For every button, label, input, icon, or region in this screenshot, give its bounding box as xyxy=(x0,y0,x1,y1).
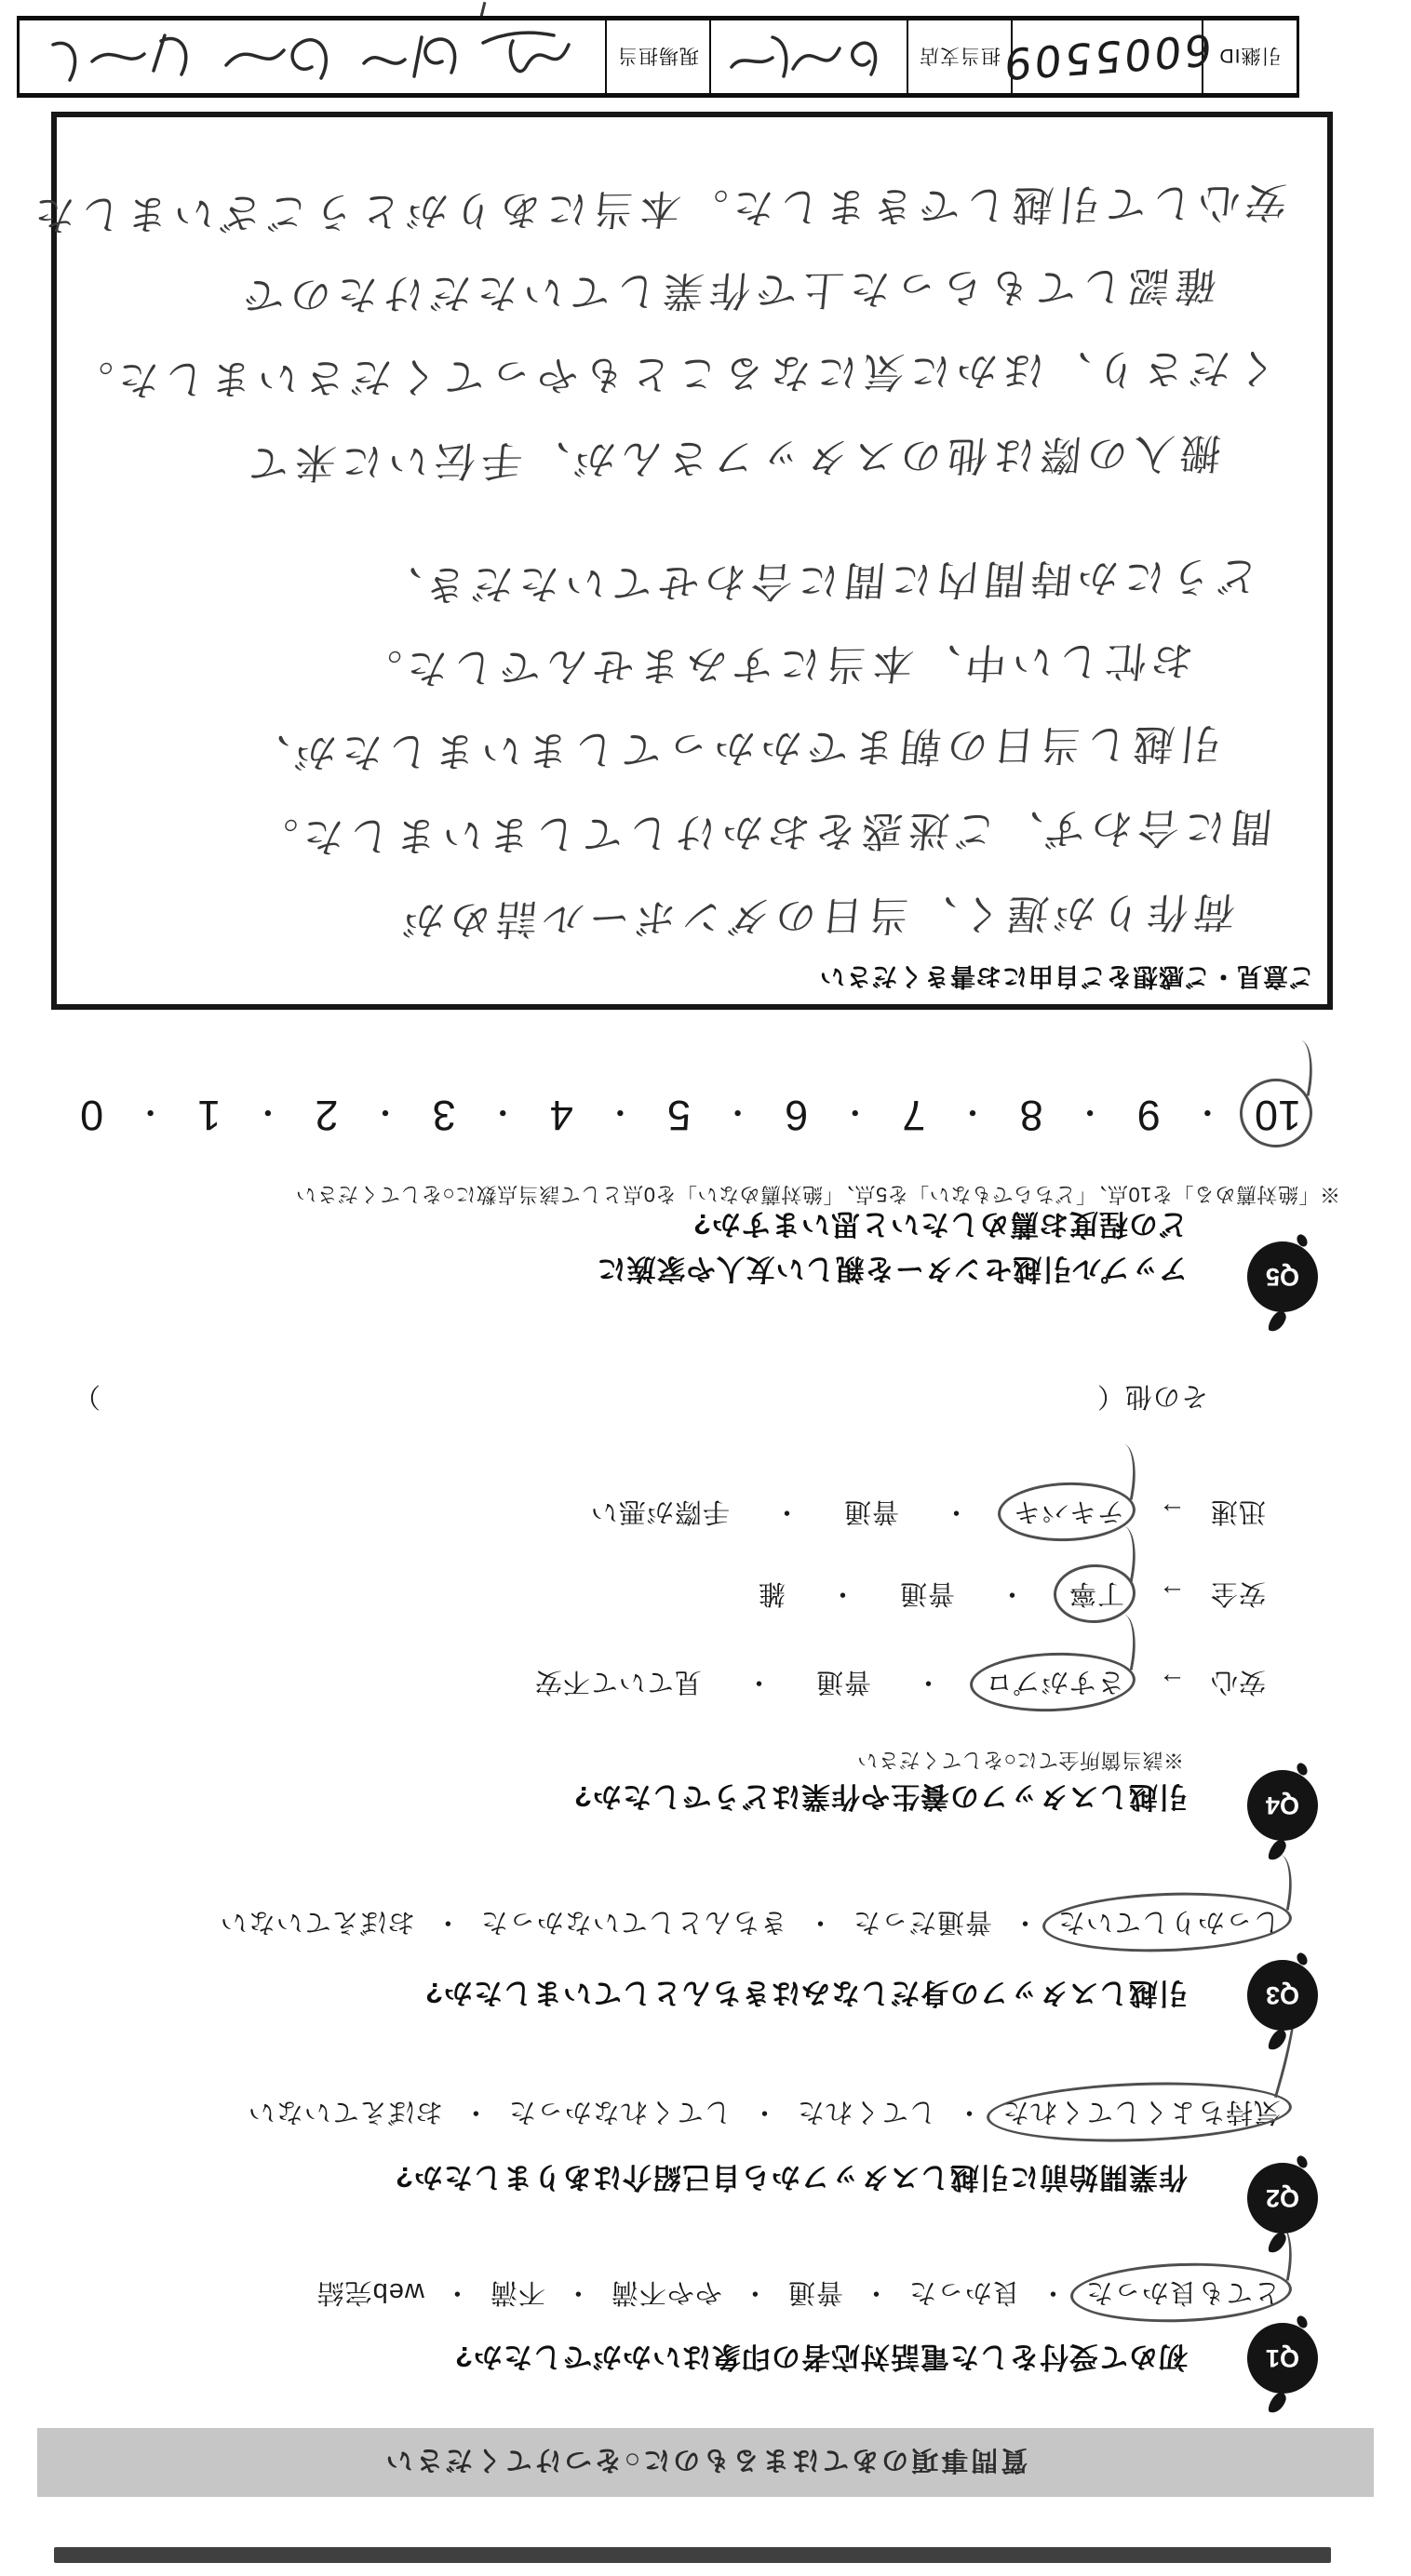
handover-id-value-handwritten: 6005509 xyxy=(1001,24,1214,89)
option-separator: ・ xyxy=(1011,1907,1039,1937)
q1-badge: Q1 xyxy=(1247,2323,1318,2394)
q2-title: 作業開始前に引越しスタッフから自己紹介はありましたか? xyxy=(395,2159,1188,2201)
scale-7: 7 xyxy=(902,1091,925,1139)
pen-tail-mark xyxy=(1284,1039,1319,1096)
q1-option-3: 普通 xyxy=(787,2277,843,2307)
handwritten-comment-line: どうにか時間内に間に合わせていただき、 xyxy=(371,550,1260,619)
scale-separator: ・ xyxy=(1074,1093,1106,1138)
option-separator: ・ xyxy=(806,1907,834,1937)
handwritten-comment-line: 引越し当日の朝までかかってしまいましたが、 xyxy=(239,718,1223,787)
handover-id-value-cell: 6005509 xyxy=(1013,20,1203,93)
q3-badge-label: Q3 xyxy=(1266,1981,1299,2010)
q1-option-4: やや不満 xyxy=(611,2277,722,2307)
q1-option-6: web完結 xyxy=(316,2277,424,2307)
q4-row-1-selected: さすがプロ xyxy=(985,1665,1124,1703)
q4-row-3-option-3: 手際が悪い xyxy=(590,1496,730,1526)
q4-row-1-option-1: さすがプロ xyxy=(985,1667,1124,1697)
survey-page-rotated-180: 質問事項のあてはまるものに○をつけてください Q1 初めて受付をした電話対応者の… xyxy=(0,0,1411,2576)
q4-other-label: その他（ xyxy=(1096,1379,1208,1417)
q3-options-row: しっかりしていた・普通だった・きちんとしていなかった・おぼえていない xyxy=(220,1905,1281,1943)
option-separator: ・ xyxy=(443,2277,471,2307)
q1-title: 初めて受付をした電話対応者の印象はいかがでしたか? xyxy=(454,2339,1188,2381)
q1-option-1: とても良かった xyxy=(1085,2277,1281,2307)
handwritten-comment-line: 搬入の際は他のスタッフさんが、手伝いに来て xyxy=(239,427,1223,497)
scale-separator: ・ xyxy=(487,1093,518,1138)
q4-row-1-option-3: 見ていて不安 xyxy=(534,1667,702,1697)
pen-tail-mark xyxy=(1108,1613,1142,1670)
option-separator: ・ xyxy=(750,2097,778,2127)
q4-badge-label: Q4 xyxy=(1266,1791,1299,1820)
scan-edge-artifact xyxy=(54,2547,1331,2563)
scale-6: 6 xyxy=(785,1091,808,1139)
q5-note: ※「絶対薦める」を10点、「どちらでもない」を5点、「絶対薦めない」を0点として… xyxy=(295,1181,1340,1210)
scale-9: 9 xyxy=(1137,1091,1161,1139)
q5-scale-selected: 10 xyxy=(1255,1091,1301,1139)
q2-option-4: おぼえていない xyxy=(248,2097,443,2127)
q4-row-3-selected: テキパキ xyxy=(1013,1495,1124,1533)
option-separator: ・ xyxy=(862,2277,890,2307)
option-separator: ・ xyxy=(434,1907,462,1937)
q1-option-2: 良かった xyxy=(908,2277,1020,2307)
q3-title: 引越しスタッフの身だしなみはきちんとしていましたか? xyxy=(424,1975,1188,2017)
handover-id-label-cell: 引継ID xyxy=(1203,20,1297,93)
q5-badge-label: Q5 xyxy=(1266,1263,1299,1292)
scale-3: 3 xyxy=(433,1091,456,1139)
q4-other-close: ） xyxy=(73,1379,101,1417)
q5-rating-scale: 10 ・ 9 ・ 8 ・ 7 ・ 6 ・ 5 ・ 4 ・ 3 ・ 2 ・ 1 ・… xyxy=(80,1091,1301,1139)
q2-badge: Q2 xyxy=(1247,2163,1318,2234)
q5-title-line1: アップル引越センターを親しい友人や家族に xyxy=(597,1251,1188,1293)
arrow-icon: → xyxy=(1158,1667,1186,1697)
q3-badge: Q3 xyxy=(1247,1960,1318,2031)
q3-option-2: 普通だった xyxy=(853,1907,992,1937)
option-separator: ・ xyxy=(828,1578,856,1608)
scale-separator: ・ xyxy=(722,1093,754,1138)
q1-option-selected: とても良かった xyxy=(1085,2275,1281,2314)
q1-badge-label: Q1 xyxy=(1266,2344,1299,2373)
q2-option-3: してくれなかった xyxy=(508,2097,732,2127)
q4-title: 引越しスタッフの養生や作業はどうでしたか? xyxy=(573,1778,1188,1820)
scale-separator: ・ xyxy=(252,1093,284,1138)
crew-label-cell: 現場担当 xyxy=(607,20,711,93)
option-separator: ・ xyxy=(998,1578,1026,1608)
q2-option-1: 気持ちよくしてくれた xyxy=(1001,2097,1281,2127)
handwritten-comment-line: お忙しい中、本当にすみませんでした。 xyxy=(352,634,1196,702)
crew-signature-cell xyxy=(20,20,607,93)
option-separator: ・ xyxy=(914,1667,942,1697)
option-separator: ・ xyxy=(745,1667,773,1697)
q4-row-2-option-1: 丁寧 xyxy=(1068,1578,1124,1608)
handwritten-comment-line: 確認してもらった上で作業していただけたので xyxy=(235,260,1218,329)
scale-separator: ・ xyxy=(370,1093,401,1138)
q5-badge: Q5 xyxy=(1247,1241,1318,1312)
arrow-icon: → xyxy=(1158,1496,1186,1526)
instructions-banner-text: 質問事項のあてはまるものに○をつけてください xyxy=(383,2444,1028,2482)
q1-option-5: 不満 xyxy=(490,2277,545,2307)
q4-row-2-label: 安全 xyxy=(1210,1578,1266,1608)
option-separator: ・ xyxy=(955,2097,983,2127)
option-separator: ・ xyxy=(1039,2277,1067,2307)
option-separator: ・ xyxy=(942,1496,970,1526)
q4-row-1-option-2: 普通 xyxy=(815,1667,871,1697)
option-separator: ・ xyxy=(773,1496,800,1526)
q4-row-2-selected: 丁寧 xyxy=(1068,1576,1124,1615)
instructions-banner: 質問事項のあてはまるものに○をつけてください xyxy=(37,2428,1374,2497)
q4-row-3-option-1: テキパキ xyxy=(1013,1496,1124,1526)
q4-row-anzen: 安全→丁寧・普通・雑 xyxy=(758,1576,1266,1615)
branch-label-cell: 担当支店 xyxy=(908,20,1013,93)
q2-option-2: してくれた xyxy=(797,2097,936,2127)
scale-separator: ・ xyxy=(840,1093,871,1138)
branch-handwritten-signature xyxy=(720,24,897,89)
q4-row-1-label: 安心 xyxy=(1210,1667,1266,1697)
arrow-icon: → xyxy=(1158,1578,1186,1608)
scale-1: 1 xyxy=(197,1091,221,1139)
scale-separator: ・ xyxy=(604,1093,636,1138)
q4-row-jinsoku: 迅速→テキパキ・普通・手際が悪い xyxy=(590,1495,1266,1533)
q1-options-row: とても良かった・良かった・普通・やや不満・不満・web完結 xyxy=(316,2275,1281,2314)
q4-row-3-label: 迅速 xyxy=(1210,1496,1266,1526)
branch-signature-cell xyxy=(711,20,908,93)
scale-8: 8 xyxy=(1020,1091,1043,1139)
option-separator: ・ xyxy=(741,2277,769,2307)
scale-5: 5 xyxy=(667,1091,691,1139)
q4-note: ※該当箇所全てに○をしてください xyxy=(857,1747,1184,1776)
branch-label: 担当支店 xyxy=(919,43,1001,71)
q3-option-selected: しっかりしていた xyxy=(1057,1905,1281,1943)
scale-4: 4 xyxy=(550,1091,573,1139)
scale-separator: ・ xyxy=(1191,1093,1223,1138)
q4-row-2-option-2: 普通 xyxy=(899,1578,955,1608)
scale-10: 10 xyxy=(1255,1092,1301,1139)
q3-option-4: おぼえていない xyxy=(220,1907,415,1937)
handwritten-comment-line: 間に合わず、ご迷惑をおかけしてしまいました。 xyxy=(248,800,1275,870)
q5-title-line2: どの程度お薦めしたいと思いますか? xyxy=(692,1206,1188,1248)
option-separator: ・ xyxy=(564,2277,592,2307)
scale-2: 2 xyxy=(315,1091,338,1139)
comment-box-label: ご意見・ご感想をご自由にお書きください xyxy=(819,960,1314,997)
handover-info-table: 引継ID 6005509 担当支店 現場担当 xyxy=(17,16,1299,98)
option-separator: ・ xyxy=(462,2097,490,2127)
scale-separator: ・ xyxy=(135,1093,167,1138)
pen-tail-mark xyxy=(1108,1524,1142,1582)
pen-tail-mark xyxy=(1108,1442,1142,1500)
q4-row-3-option-2: 普通 xyxy=(843,1496,899,1526)
scanned-survey-sheet: 質問事項のあてはまるものに○をつけてください Q1 初めて受付をした電話対応者の… xyxy=(0,0,1411,2576)
handwritten-comment-line: 荷作りが遅く、当日のダンボール詰めが xyxy=(395,885,1238,953)
pen-tail-mark xyxy=(1264,1853,1298,1911)
q3-option-1: しっかりしていた xyxy=(1057,1907,1281,1937)
handover-id-label: 引継ID xyxy=(1219,43,1282,71)
q4-row-anshin: 安心→さすがプロ・普通・見ていて不安 xyxy=(534,1665,1266,1703)
crew-handwritten-signatures xyxy=(34,22,592,91)
q2-option-selected: 気持ちよくしてくれた xyxy=(1001,2095,1281,2133)
q3-option-3: きちんとしていなかった xyxy=(480,1907,787,1937)
scale-separator: ・ xyxy=(957,1093,988,1138)
handwritten-comment-line: くださり、ほかに気になることもやってくださいました。 xyxy=(62,342,1279,414)
crew-label: 現場担当 xyxy=(617,43,699,71)
q4-badge: Q4 xyxy=(1247,1770,1318,1841)
scale-0: 0 xyxy=(80,1091,103,1139)
q2-options-row: 気持ちよくしてくれた・してくれた・してくれなかった・おぼえていない xyxy=(248,2095,1281,2133)
q2-badge-label: Q2 xyxy=(1266,2184,1299,2213)
q4-row-2-option-3: 雑 xyxy=(758,1578,786,1608)
